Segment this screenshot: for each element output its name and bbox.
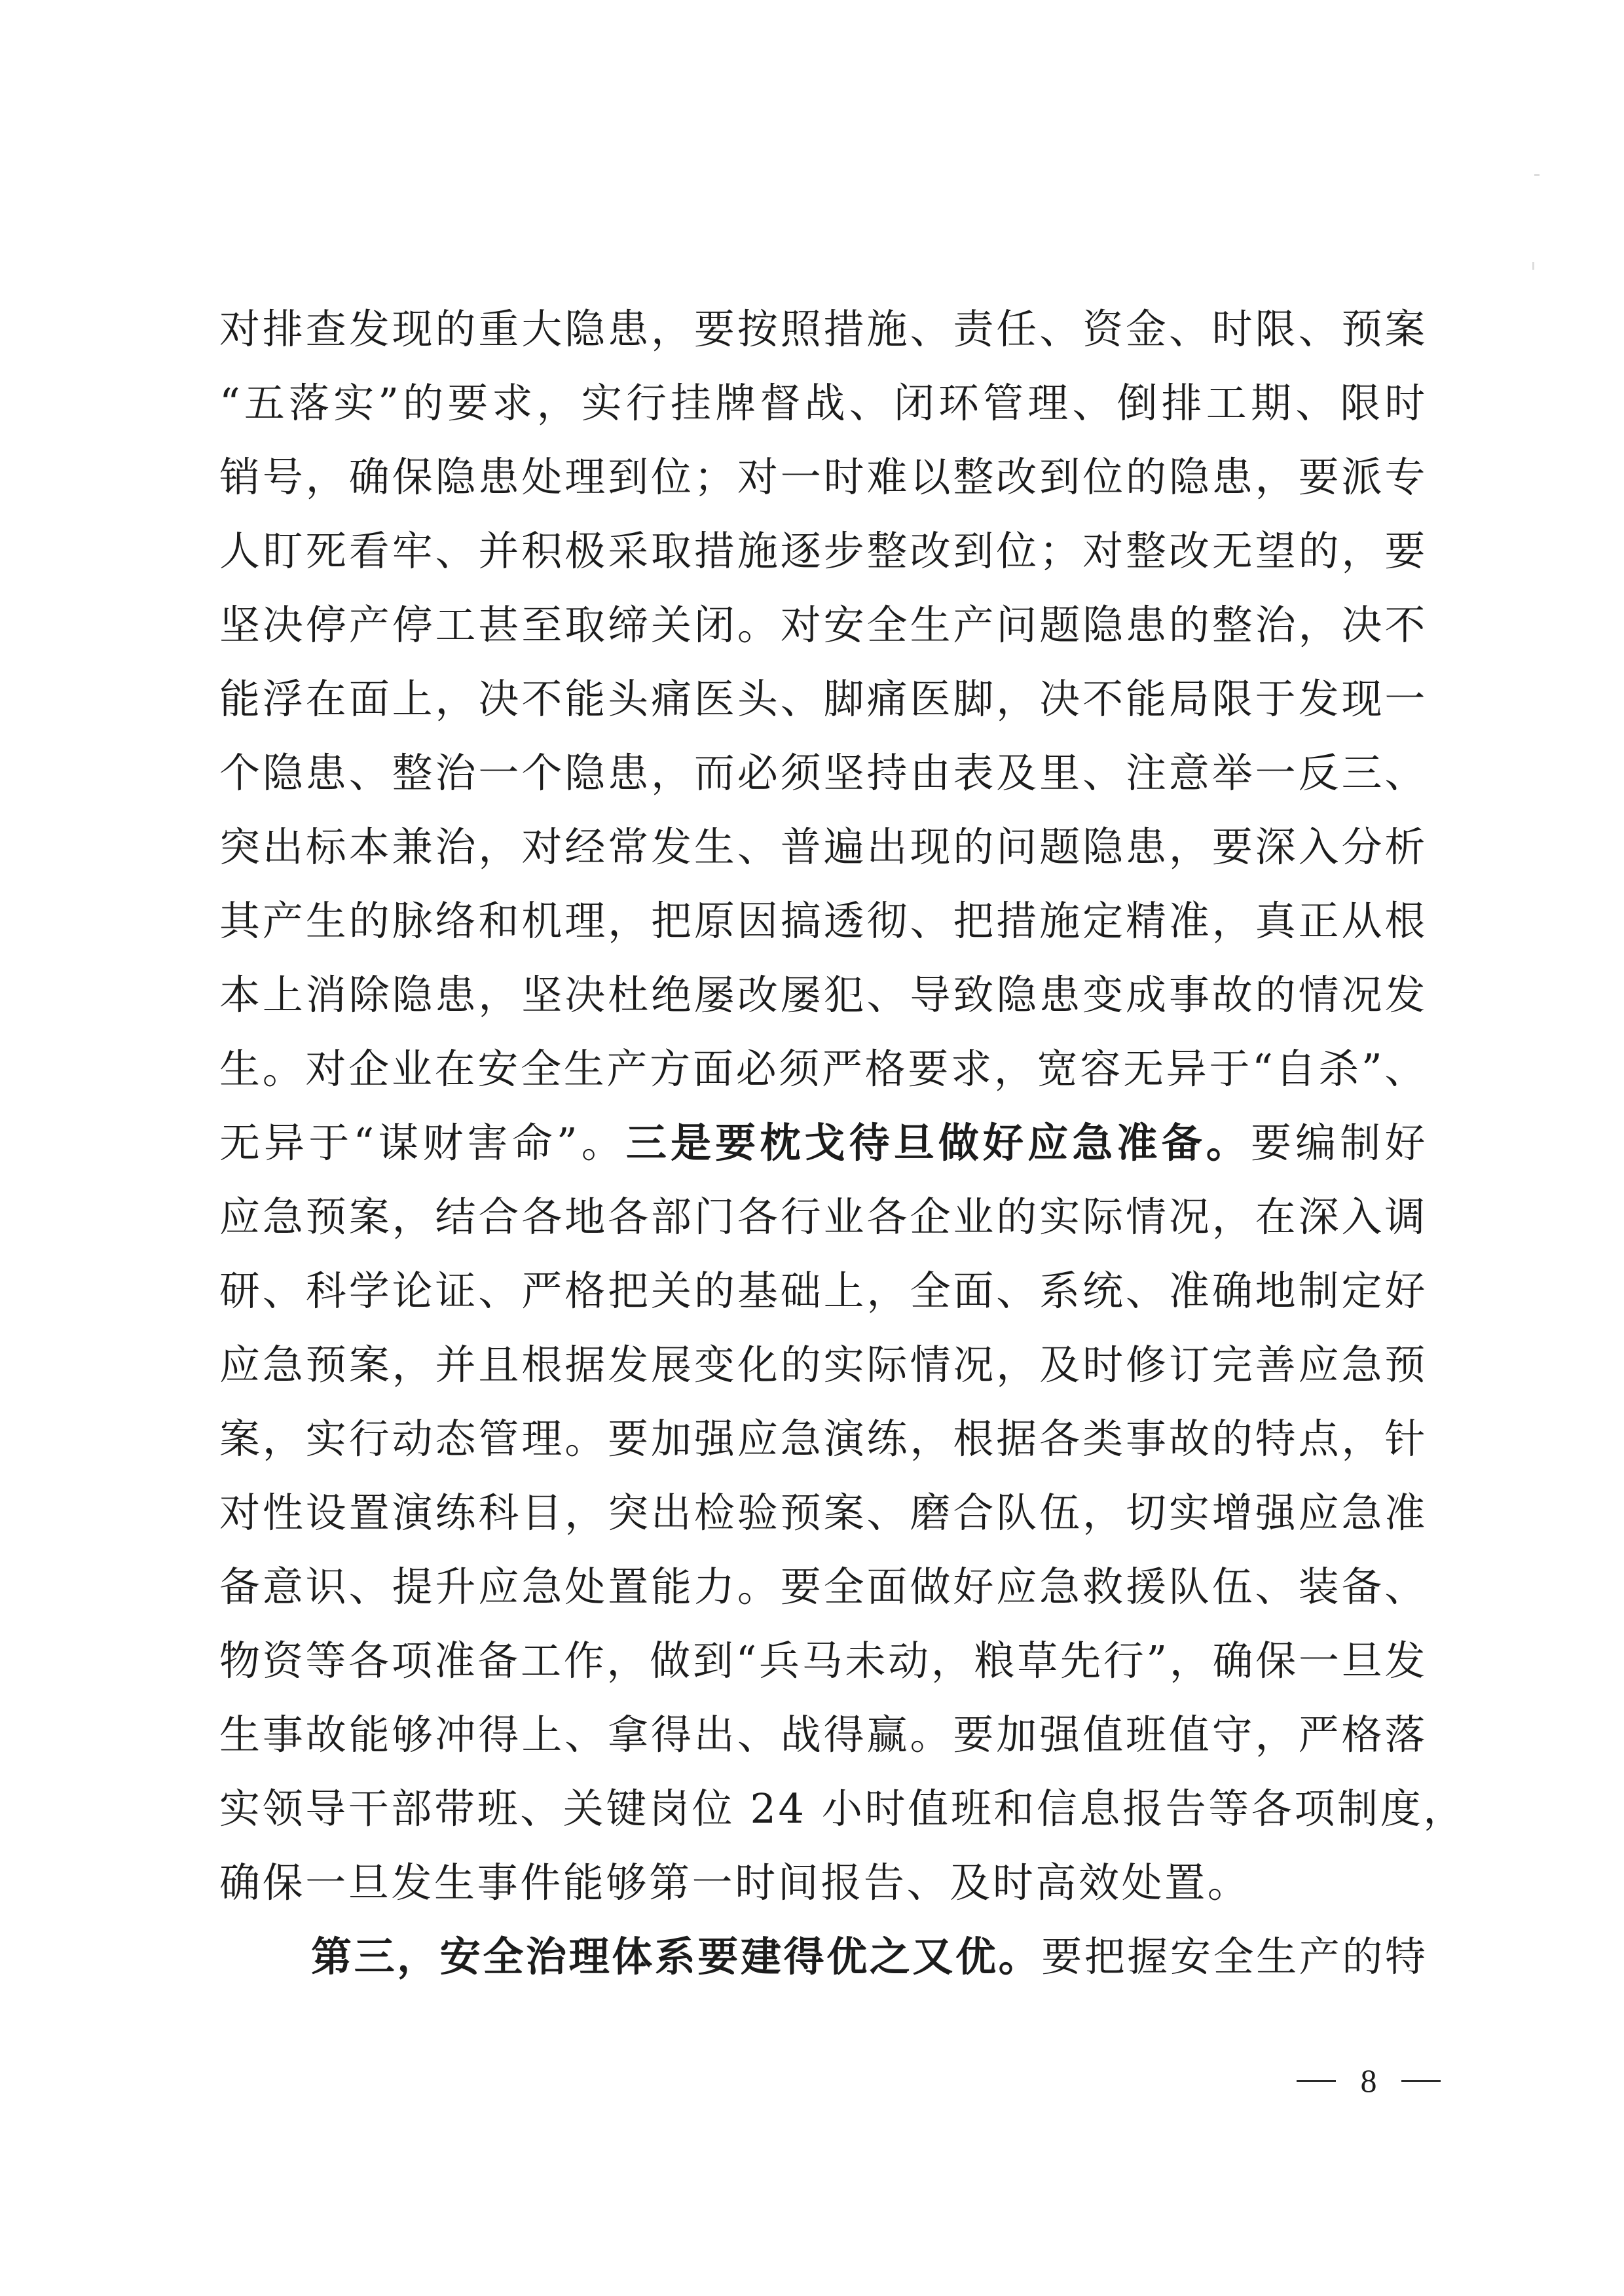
text-line: 物资等各项准备工作，做到“兵马未动，粮草先行”，确保一旦发 <box>219 1624 1428 1698</box>
text-segment: 物资等各项准备工作，做到“兵马未动，粮草先行”，确保一旦发 <box>219 1637 1428 1685</box>
text-segment: 能浮在面上，决不能头痛医头、脚痛医脚，决不能局限于发现一 <box>219 675 1428 723</box>
text-segment: 实领导干部带班、关键岗位 24 小时值班和信息报告等各项制度， <box>219 1785 1466 1832</box>
text-line: 销号，确保隐患处理到位；对一时难以整改到位的隐患，要派专 <box>219 440 1428 514</box>
text-line: 实领导干部带班、关键岗位 24 小时值班和信息报告等各项制度， <box>219 1772 1428 1846</box>
text-line-paragraph-end: 确保一旦发生事件能够第一时间报告、及时高效处置。 <box>219 1846 1428 1920</box>
text-segment: 要编制好 <box>1251 1119 1428 1167</box>
bold-subheading: 三是要枕戈待旦做好应急准备。 <box>626 1119 1251 1167</box>
scan-artifact-mark <box>1532 262 1534 270</box>
text-segment: 案，实行动态管理。要加强应急演练，根据各类事故的特点，针 <box>219 1415 1428 1463</box>
text-segment: 人盯死看牢、并积极采取措施逐步整改到位；对整改无望的，要 <box>219 527 1428 575</box>
document-page: 对排查发现的重大隐患，要按照措施、责任、资金、时限、预案 “五落实”的要求，实行… <box>0 0 1624 2296</box>
text-line: 人盯死看牢、并积极采取措施逐步整改到位；对整改无望的，要 <box>219 514 1428 588</box>
text-segment: 坚决停产停工甚至取缔关闭。对安全生产问题隐患的整治，决不 <box>219 601 1428 649</box>
text-line: 生事故能够冲得上、拿得出、战得赢。要加强值班值守，严格落 <box>219 1698 1428 1772</box>
text-line: 案，实行动态管理。要加强应急演练，根据各类事故的特点，针 <box>219 1402 1428 1476</box>
text-segment: 对性设置演练科目，突出检验预案、磨合队伍，切实增强应急准 <box>219 1489 1428 1537</box>
text-segment: 销号，确保隐患处理到位；对一时难以整改到位的隐患，要派专 <box>219 453 1428 501</box>
text-segment: 确保一旦发生事件能够第一时间报告、及时高效处置。 <box>219 1859 1250 1906</box>
text-segment: 突出标本兼治，对经常发生、普遍出现的问题隐患，要深入分析 <box>219 823 1428 871</box>
text-segment: 生。对企业在安全生产方面必须严格要求，宽容无异于“自杀”、 <box>219 1045 1428 1093</box>
text-line: 个隐患、整治一个隐患，而必须坚持由表及里、注意举一反三、 <box>219 736 1428 810</box>
page-number-left-dash <box>1297 2080 1336 2082</box>
text-segment: 应急预案，并且根据发展变化的实际情况，及时修订完善应急预 <box>219 1341 1428 1389</box>
text-line: “五落实”的要求，实行挂牌督战、闭环管理、倒排工期、限时 <box>219 366 1428 440</box>
text-line-section-heading: 第三，安全治理体系要建得优之又优。要把握安全生产的特 <box>219 1920 1428 1994</box>
page-number-value: 8 <box>1361 2062 1377 2100</box>
scan-artifact-mark <box>1534 174 1540 176</box>
text-line: 能浮在面上，决不能头痛医头、脚痛医脚，决不能局限于发现一 <box>219 662 1428 736</box>
text-line: 其产生的脉络和机理，把原因搞透彻、把措施定精准，真正从根 <box>219 884 1428 958</box>
text-line: 无异于“谋财害命”。三是要枕戈待旦做好应急准备。要编制好 <box>219 1106 1428 1180</box>
text-segment: “五落实”的要求，实行挂牌督战、闭环管理、倒排工期、限时 <box>219 379 1428 427</box>
text-segment: 应急预案，结合各地各部门各行业各企业的实际情况，在深入调 <box>219 1193 1428 1241</box>
text-segment: 研、科学论证、严格把关的基础上，全面、系统、准确地制定好 <box>219 1267 1428 1315</box>
text-segment: 本上消除隐患，坚决杜绝屡改屡犯、导致隐患变成事故的情况发 <box>219 971 1428 1019</box>
text-line: 应急预案，并且根据发展变化的实际情况，及时修订完善应急预 <box>219 1328 1428 1402</box>
text-line: 本上消除隐患，坚决杜绝屡改屡犯、导致隐患变成事故的情况发 <box>219 958 1428 1032</box>
text-segment: 对排查发现的重大隐患，要按照措施、责任、资金、时限、预案 <box>219 305 1428 353</box>
page-number: 8 <box>1297 2061 1441 2100</box>
text-segment: 备意识、提升应急处置能力。要全面做好应急救援队伍、装备、 <box>219 1563 1428 1611</box>
text-segment: 生事故能够冲得上、拿得出、战得赢。要加强值班值守，严格落 <box>219 1711 1428 1758</box>
text-line: 对排查发现的重大隐患，要按照措施、责任、资金、时限、预案 <box>219 292 1428 366</box>
body-text: 对排查发现的重大隐患，要按照措施、责任、资金、时限、预案 “五落实”的要求，实行… <box>219 292 1428 1994</box>
text-line: 坚决停产停工甚至取缔关闭。对安全生产问题隐患的整治，决不 <box>219 588 1428 662</box>
section-heading: 第三，安全治理体系要建得优之又优。 <box>311 1933 1041 1980</box>
text-segment: 个隐患、整治一个隐患，而必须坚持由表及里、注意举一反三、 <box>219 749 1428 797</box>
text-line: 生。对企业在安全生产方面必须严格要求，宽容无异于“自杀”、 <box>219 1032 1428 1106</box>
text-segment: 要把握安全生产的特 <box>1041 1933 1428 1980</box>
page-number-right-dash <box>1401 2080 1441 2082</box>
text-line: 应急预案，结合各地各部门各行业各企业的实际情况，在深入调 <box>219 1180 1428 1254</box>
text-segment: 无异于“谋财害命”。 <box>219 1119 626 1167</box>
text-line: 备意识、提升应急处置能力。要全面做好应急救援队伍、装备、 <box>219 1550 1428 1624</box>
text-line: 研、科学论证、严格把关的基础上，全面、系统、准确地制定好 <box>219 1254 1428 1328</box>
text-line: 突出标本兼治，对经常发生、普遍出现的问题隐患，要深入分析 <box>219 810 1428 884</box>
text-line: 对性设置演练科目，突出检验预案、磨合队伍，切实增强应急准 <box>219 1476 1428 1550</box>
text-segment: 其产生的脉络和机理，把原因搞透彻、把措施定精准，真正从根 <box>219 897 1428 945</box>
